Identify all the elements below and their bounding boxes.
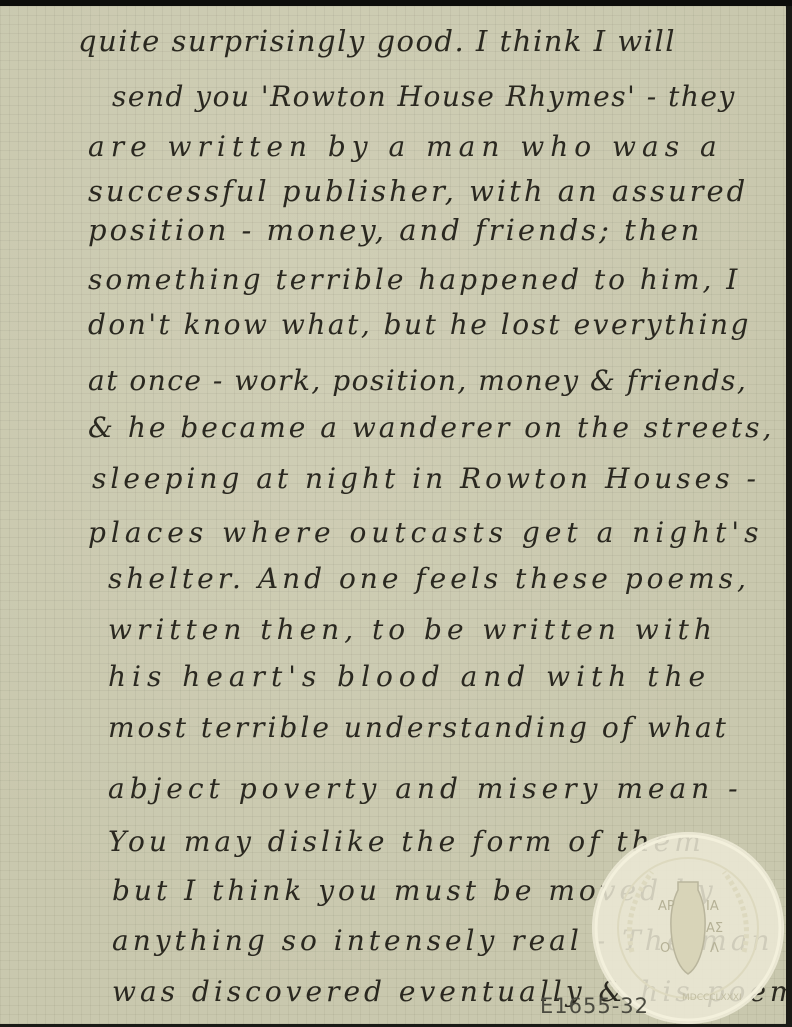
svg-text:ΙΑ: ΙΑ <box>706 899 719 914</box>
letter-line-8: at once - work, position, money & friend… <box>88 364 747 397</box>
letter-line-16: abject poverty and misery mean - <box>108 772 743 805</box>
svg-text:Ο: Ο <box>660 941 670 956</box>
svg-text:ΑΡ: ΑΡ <box>658 899 675 914</box>
letter-line-10: sleeping at night in Rowton Houses - <box>92 462 760 495</box>
scan-right-border <box>786 6 792 1027</box>
letter-line-12: shelter. And one feels these poems, <box>108 562 750 595</box>
letter-line-3: are written by a man who was a <box>88 130 723 163</box>
letter-line-2: send you 'Rowton House Rhymes' - they <box>112 80 736 113</box>
letter-line-15: most terrible understanding of what <box>108 711 729 744</box>
letter-line-13: written then, to be written with <box>108 613 717 646</box>
letter-line-14: his heart's blood and with the <box>108 660 711 693</box>
letter-line-6: something terrible happened to him, I <box>88 263 740 296</box>
svg-text:Λ: Λ <box>710 941 719 956</box>
svg-text:MDCCCLXXXI: MDCCCLXXXI <box>682 993 742 1003</box>
catalog-number: E1655-32 <box>540 994 649 1018</box>
letter-line-4: successful publisher, with an assured <box>88 174 748 208</box>
letter-line-1: quite surprisingly good. I think I will <box>78 24 676 58</box>
letter-line-11: places where outcasts get a night's <box>88 516 763 549</box>
letter-line-9: & he became a wanderer on the streets, <box>88 411 774 444</box>
svg-text:ΑΣ: ΑΣ <box>706 921 723 936</box>
letter-line-7: don't know what, but he lost everything <box>88 308 751 341</box>
letter-line-5: position - money, and friends; then <box>88 213 702 247</box>
